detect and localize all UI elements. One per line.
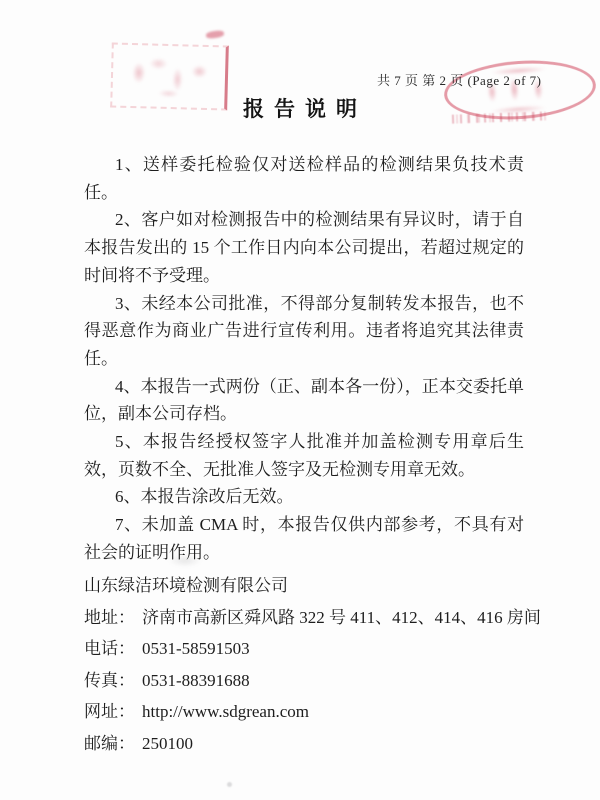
report-note-paragraph: 5、本报告经授权签字人批准并加盖检测专用章后生效，页数不全、无批准人签字及无检测…: [84, 428, 524, 483]
contact-value: 济南市高新区舜风路 322 号 411、412、414、416 房间: [142, 608, 541, 627]
contact-line-address: 地址：济南市高新区舜风路 322 号 411、412、414、416 房间: [84, 602, 554, 634]
contact-label: 邮编：: [84, 734, 135, 753]
report-note-paragraph: 7、未加盖 CMA 时，本报告仅供内部参考，不具有对社会的证明作用。: [84, 511, 524, 566]
contact-value: http://www.sdgrean.com: [142, 702, 309, 721]
contact-label: 地址：: [84, 608, 135, 627]
company-contact-block: 山东绿洁环境检测有限公司 地址：济南市高新区舜风路 322 号 411、412、…: [84, 570, 554, 759]
report-notes: 1、送样委托检验仅对送检样品的检测结果负技术责任。 2、客户如对检测报告中的检测…: [84, 151, 524, 567]
stamp-ink-blob: [206, 30, 225, 39]
contact-value: 250100: [142, 734, 193, 753]
contact-label: 电话：: [84, 639, 135, 658]
report-note-paragraph: 1、送样委托检验仅对送检样品的检测结果负技术责任。: [84, 151, 524, 206]
scan-speck: [227, 782, 232, 787]
contact-value: 0531-58591503: [142, 639, 250, 658]
contact-line-website: 网址：http://www.sdgrean.com: [84, 696, 554, 728]
contact-label: 传真：: [84, 671, 135, 690]
page-title: 报告说明: [0, 93, 600, 123]
report-note-paragraph: 3、未经本公司批准，不得部分复制转发本报告，也不得恶意作为商业广告进行宣传利用。…: [84, 290, 524, 373]
contact-value: 0531-88391688: [142, 671, 250, 690]
report-note-paragraph: 4、本报告一式两份（正、副本各一份），正本交委托单位，副本公司存档。: [84, 373, 524, 428]
contact-line-zipcode: 邮编：250100: [84, 728, 554, 760]
contact-line-phone: 电话：0531-58591503: [84, 633, 554, 665]
page-number-info: 共 7 页 第 2 页 (Page 2 of 7): [377, 70, 542, 89]
report-note-paragraph: 2、客户如对检测报告中的检测结果有异议时，请于自本报告发出的 15 个工作日内向…: [84, 206, 524, 289]
scanned-report-page: 共 7 页 第 2 页 (Page 2 of 7) 报告说明 1、送样委托检验仅…: [0, 0, 600, 800]
company-name: 山东绿洁环境检测有限公司: [84, 570, 554, 602]
contact-line-fax: 传真：0531-88391688: [84, 665, 554, 697]
contact-label: 网址：: [84, 702, 135, 721]
report-note-paragraph: 6、本报告涂改后无效。: [84, 483, 524, 511]
